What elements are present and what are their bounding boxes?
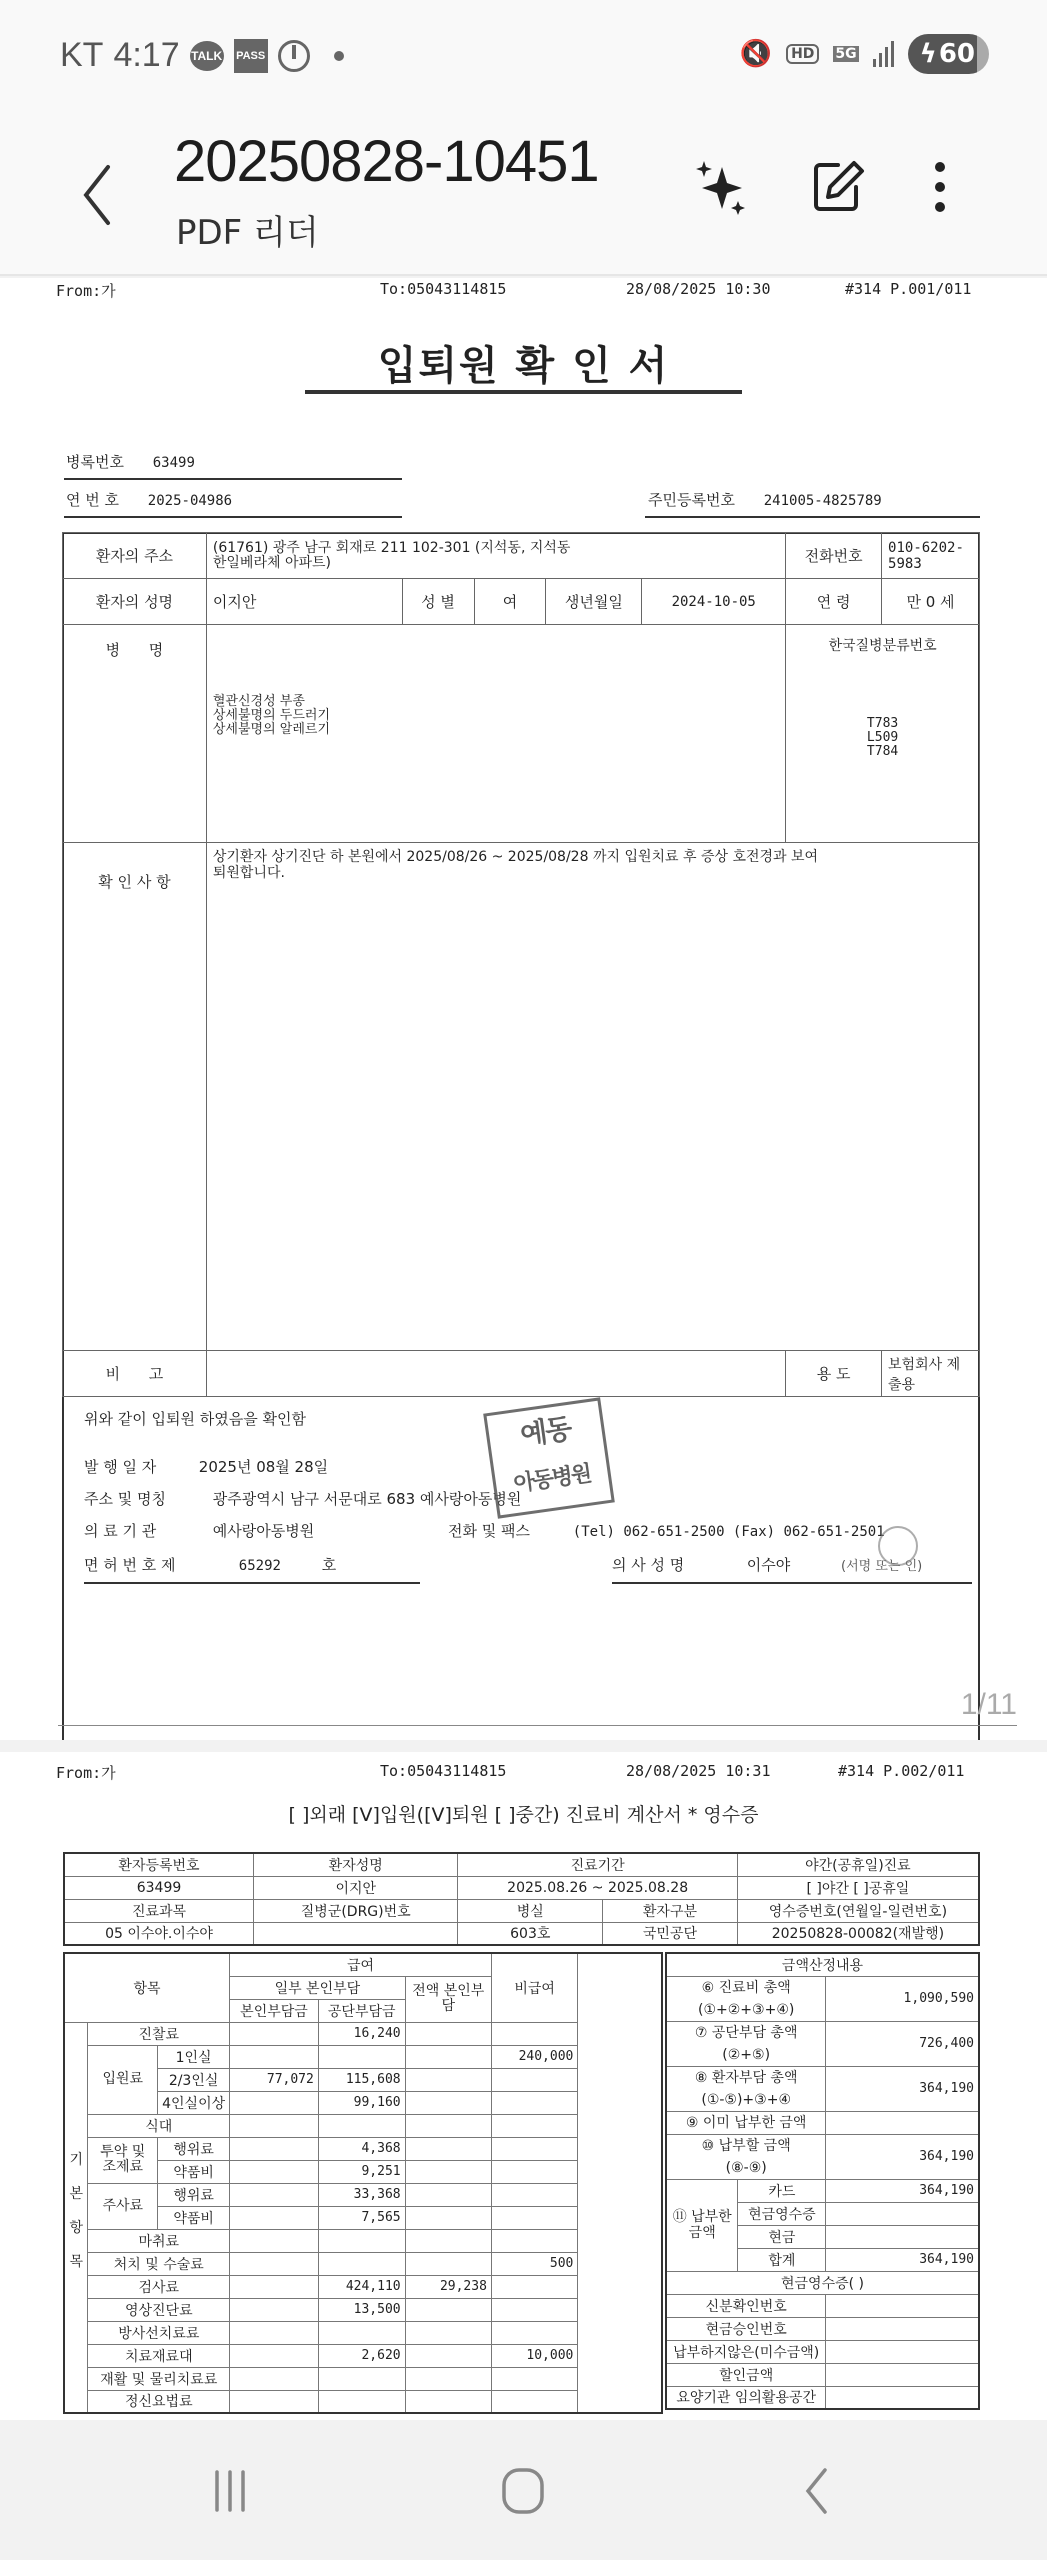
amount-insurer: 4,368 [318,2137,405,2160]
doctor-name: 이수야 [747,1556,790,1574]
amount-non: 500 [491,2252,577,2275]
record-number-field: 병록번호 63499 [66,451,195,472]
calc-row: ⑨ 이미 납부한 금액 [666,2111,979,2134]
pdf-page-1[interactable]: From:가 To:05043114815 28/08/2025 10:30 #… [0,278,1047,1740]
amount-insurer [318,2367,405,2390]
cash-receipt-label: 현금영수증( ) [666,2271,979,2294]
col-header-non-covered: 비급여 [491,1953,577,2022]
approval-number-value [826,2317,979,2340]
discount-label: 할인금액 [666,2363,826,2386]
item-name: 4인실이상 [158,2091,230,2114]
col-header-item: 항목 [64,1953,230,2022]
battery-icon: ϟ60 [908,34,989,74]
amount-full [405,2252,491,2275]
header-cell: 이지안 [254,1876,458,1899]
amount-non: 240,000 [491,2045,577,2068]
id-number-value [826,2294,979,2317]
item-name: 재활 및 물리치료료 [88,2367,230,2390]
calc-label-formula: (①-⑤)+③+④ [671,2089,821,2111]
table-row: 검사료424,11029,238 [64,2275,662,2298]
item-name: 처치 및 수술료 [88,2252,230,2275]
table-row: 입원료1인실240,000 [64,2045,662,2068]
amount-non [491,2068,577,2091]
phone-label: 전화번호 [786,533,882,579]
amount-patient [230,2160,319,2183]
item-group: 입원료 [88,2045,158,2114]
amount-non [491,2321,577,2344]
calc-label: ⑦ 공단부담 총액(②+⑤) [666,2021,826,2066]
header-cell: 603호 [458,1922,603,1945]
amount-full: 29,238 [405,2275,491,2298]
paid-method: 카드 [738,2179,826,2202]
item-name: 치료재료대 [88,2344,230,2367]
amount-full [405,2160,491,2183]
calc-value: 1,090,590 [826,1976,979,2021]
kakaotalk-icon: TALK [190,41,224,71]
ai-sparkle-icon [690,157,750,217]
amount-insurer: 33,368 [318,2183,405,2206]
fax-to: To:05043114815 [380,1762,506,1780]
table-row: 재활 및 물리치료료 [64,2367,662,2390]
calc-label-main: ⑥ 진료비 총액 [671,1977,821,1999]
remarks-value [206,1351,785,1397]
header-cell: 05 이수야.이수야 [64,1922,254,1945]
amount-full [405,2321,491,2344]
table-row: 식대 [64,2114,662,2137]
amount-insurer [318,2114,405,2137]
title-underline [305,390,742,394]
calc-label-formula: (①+②+③+④) [671,1999,821,2021]
ai-assist-button[interactable] [685,152,755,222]
back-icon [792,2466,842,2516]
calc-header: 금액산정내용 [666,1953,979,1976]
network-5g-icon: 5G [833,46,858,62]
header-cell: 환자성명 [254,1853,458,1876]
address-name-field: 주소 및 명칭 광주광역시 남구 서문대로 683 예사랑아동병원 [84,1488,521,1509]
item-name: 1인실 [158,2045,230,2068]
unpaid-label: 납부하지않은(미수금액) [666,2340,826,2363]
disease-list: 혈관신경성 부종 상세불명의 두드러기 상세불명의 알레르기 [206,625,785,843]
hospital-address-value: 광주광역시 남구 서문대로 683 예사랑아동병원 [213,1490,522,1508]
calc-label-formula: (⑧-⑨) [671,2157,821,2179]
divider [64,478,402,480]
battery-level: 60 [939,39,975,69]
age-value: 만 0 세 [882,579,980,625]
amount-patient [230,2367,319,2390]
edit-icon [808,157,868,217]
amount-patient [230,2275,319,2298]
header-cell: 2025.08.26 ~ 2025.08.28 [458,1876,737,1899]
header-cell [254,1922,458,1945]
paid-total: 364,190 [826,2248,979,2271]
amount-patient [230,2344,319,2367]
amount-calc-table: 금액산정내용 ⑥ 진료비 총액(①+②+③+④)1,090,590⑦ 공단부담 … [665,1952,980,2410]
item-name: 검사료 [88,2275,230,2298]
amount-full [405,2068,491,2091]
amount-full [405,2045,491,2068]
phone-value: 010-6202-5983 [882,533,980,579]
tel-fax-field: 전화 및 팩스 (Tel) 062-651-2500 (Fax) 062-651… [448,1520,885,1541]
status-bar: KT 4:17 TALK PASS 🔇 HD 5G ϟ60 [0,0,1047,110]
address-line-1: (61761) 광주 남구 회재로 211 102-301 (지석동, 지석동 [213,541,779,556]
edit-button[interactable] [803,152,873,222]
amount-patient [230,2091,319,2114]
header-cell: 환자구분 [603,1899,738,1922]
rrn-field: 주민등록번호 241005-4825789 [648,489,882,510]
header-cell: 진료과목 [64,1899,254,1922]
bill-title: [ ]외래 [V]입원([V]퇴원 [ ]중간) 진료비 계산서 * 영수증 [0,1800,1047,1827]
paid-value: 364,190 [826,2179,979,2202]
calc-value: 726,400 [826,2021,979,2066]
calc-row: ⑩ 납부할 금액(⑧-⑨)364,190 [666,2134,979,2179]
fax-from: From:가 [56,1762,116,1783]
amount-non [491,2160,577,2183]
institution-label: 의 료 기 관 [84,1520,208,1541]
amount-insurer: 99,160 [318,2091,405,2114]
serial-number-field: 연 번 호 2025-04986 [66,489,232,510]
fax-datetime: 28/08/2025 10:30 [626,280,771,298]
record-number-label: 병록번호 [66,451,124,472]
page-indicator: 1/11 [961,1688,1017,1722]
home-icon [498,2466,548,2516]
amount-full [405,2206,491,2229]
amount-full [405,2183,491,2206]
calc-value: 364,190 [826,2066,979,2111]
signal-strength-icon [873,41,894,67]
header-cell: 야간(공휴일)진료 [737,1853,979,1876]
divider [612,1582,972,1584]
mercedes-icon [278,40,310,72]
kcd-code: T783 [792,717,973,731]
kcd-label: 한국질병분류번호 [792,635,973,655]
amount-insurer [318,2252,405,2275]
amount-full [405,2137,491,2160]
item-name: 식대 [88,2114,230,2137]
calc-label: ⑥ 진료비 총액(①+②+③+④) [666,1976,826,2021]
disease-name: 혈관신경성 부종 [213,695,779,709]
home-button[interactable] [473,2456,573,2526]
amount-insurer: 7,565 [318,2206,405,2229]
amount-full [405,2091,491,2114]
divider [64,516,402,518]
license-label: 면 허 번 호 제 [84,1554,234,1575]
address-line-2: 한일베라체 아파트) [213,556,779,571]
col-header-patient-share: 본인부담금 [230,1999,319,2022]
institution-value: 예사랑아동병원 [213,1522,314,1540]
kcd-code: L509 [792,731,973,745]
amount-patient [230,2114,319,2137]
dob-value: 2024-10-05 [642,579,786,625]
amount-full [405,2114,491,2137]
header-cell: [ ]야간 [ ]공휴일 [737,1876,979,1899]
header-cell: 진료기간 [458,1853,737,1876]
remarks-label: 비 고 [63,1351,207,1397]
serial-number-label: 연 번 호 [66,489,119,510]
paid-method: 현금영수증 [738,2202,826,2225]
col-header-insurer-share: 공단부담금 [318,1999,405,2022]
calc-row: ⑧ 환자부담 총액(①-⑤)+③+④364,190 [666,2066,979,2111]
issue-date-value: 2025년 08월 28일 [199,1458,328,1476]
age-label: 연 령 [786,579,882,625]
table-row: 치료재료대2,62010,000 [64,2344,662,2367]
item-name: 마취료 [88,2229,230,2252]
calc-label: ⑨ 이미 납부한 금액 [666,2111,826,2134]
amount-non [491,2114,577,2137]
item-name: 행위료 [158,2183,230,2206]
hospital-seal-stamp: 예동 아동병원 [483,1397,615,1518]
tel-fax-value: (Tel) 062-651-2500 (Fax) 062-651-2501 [573,1524,885,1540]
amount-insurer [318,2045,405,2068]
doctor-label: 의 사 성 명 [612,1554,742,1575]
amount-patient [230,2045,319,2068]
amount-patient [230,2229,319,2252]
item-name: 진찰료 [88,2022,230,2045]
doctor-seal-stamp [878,1526,918,1566]
item-name: 약품비 [158,2206,230,2229]
bill-items-table: 항목 급여 비급여 일부 본인부담 전액 본인부담 본인부담금 공단부담금 기본… [63,1952,663,2414]
item-name: 방사선치료료 [88,2321,230,2344]
table-row: 영상진단료13,500 [64,2298,662,2321]
app-name: PDF 리더 [176,205,319,254]
header-cell: 질병군(DRG)번호 [254,1899,458,1922]
amount-non [491,2229,577,2252]
rrn-label: 주민등록번호 [648,489,735,510]
fax-to: To:05043114815 [380,280,506,298]
item-name: 행위료 [158,2137,230,2160]
confirm-text: 상기환자 상기진단 하 본원에서 2025/08/26 ~ 2025/08/28… [206,843,979,1351]
amount-non [491,2206,577,2229]
amount-non [491,2137,577,2160]
calc-label-main: ⑨ 이미 납부한 금액 [671,2112,821,2134]
amount-full [405,2344,491,2367]
paid-amount-label: ⑪ 납부한 금액 [666,2179,738,2271]
calc-row: ⑦ 공단부담 총액(②+⑤)726,400 [666,2021,979,2066]
confirm-label: 확 인 사 항 [63,843,207,1351]
amount-patient [230,2183,319,2206]
side-label: 기본항목 [64,2022,88,2413]
carrier-label: KT [60,36,103,75]
calc-label-main: ⑩ 납부할 금액 [671,2135,821,2157]
fax-page: #314 P.002/011 [838,1762,964,1780]
amount-patient [230,2022,319,2045]
kcd-code: T784 [792,745,973,759]
more-options-button[interactable] [905,152,975,222]
amount-patient [230,2206,319,2229]
calc-label-main: ⑧ 환자부담 총액 [671,2067,821,2089]
amount-insurer [318,2390,405,2413]
calc-row: ⑥ 진료비 총액(①+②+③+④)1,090,590 [666,1976,979,2021]
license-suffix: 호 [322,1556,337,1574]
recent-apps-button[interactable] [180,2456,280,2526]
header-cell: 병실 [458,1899,603,1922]
table-row: 방사선치료료 [64,2321,662,2344]
fax-header: From:가 To:05043114815 28/08/2025 10:31 #… [0,1760,1047,1780]
pass-icon: PASS [234,39,268,73]
amount-full [405,2229,491,2252]
discount-value [826,2363,979,2386]
amount-patient [230,2298,319,2321]
item-group: 투약 및 조제료 [88,2137,158,2183]
pdf-page-2[interactable]: From:가 To:05043114815 28/08/2025 10:31 #… [0,1752,1047,2420]
mute-vibrate-icon: 🔇 [740,39,772,69]
item-name: 정신요법료 [88,2390,230,2413]
back-button[interactable] [72,155,122,235]
charging-bolt-icon: ϟ [920,39,937,69]
license-field: 면 허 번 호 제 65292 호 [84,1554,336,1575]
amount-patient [230,2137,319,2160]
chevron-left-icon [72,155,122,235]
item-name: 영상진단료 [88,2298,230,2321]
amount-insurer [318,2229,405,2252]
system-back-button[interactable] [767,2456,867,2526]
amount-patient [230,2390,319,2413]
address-value: (61761) 광주 남구 회재로 211 102-301 (지석동, 지석동 … [206,533,785,579]
table-row: 주사료행위료33,368 [64,2183,662,2206]
header-cell: 영수증번호(연월일-일련번호) [737,1899,979,1922]
issue-date-label: 발 행 일 자 [84,1456,194,1477]
issue-date-field: 발 행 일 자 2025년 08월 28일 [84,1456,328,1477]
table-row: 처치 및 수술료500 [64,2252,662,2275]
institution-field: 의 료 기 관 예사랑아동병원 [84,1520,314,1541]
purpose-value: 보험회사 제출용 [882,1351,980,1397]
paid-method: 합계 [738,2248,826,2271]
kcd-column: 한국질병분류번호 T783 L509 T784 [786,625,980,843]
address-label: 환자의 주소 [63,533,207,579]
divider [84,1582,420,1584]
sex-label: 성 별 [402,579,474,625]
header-cell: 63499 [64,1876,254,1899]
calc-label-formula: (②+⑤) [671,2044,821,2066]
recent-apps-icon [205,2466,255,2516]
amount-insurer [318,2321,405,2344]
purpose-label: 용 도 [786,1351,882,1397]
fax-header: From:가 To:05043114815 28/08/2025 10:30 #… [0,278,1047,298]
bill-header-table: 환자등록번호 환자성명 진료기간 야간(공휴일)진료 63499 이지안 202… [63,1852,980,1946]
col-header-partial: 일부 본인부담 [230,1976,405,1999]
table-row: 투약 및 조제료행위료4,368 [64,2137,662,2160]
clock: 4:17 [113,36,179,75]
col-header-covered: 급여 [230,1953,492,1976]
amount-non [491,2275,577,2298]
confirm-text-line-1: 상기환자 상기진단 하 본원에서 2025/08/26 ~ 2025/08/28… [213,849,973,865]
doc-title: 입퇴원 확 인 서 [0,334,1047,391]
address-name-label: 주소 및 명칭 [84,1488,208,1509]
calc-label: ⑩ 납부할 금액(⑧-⑨) [666,2134,826,2179]
paid-value [826,2225,979,2248]
header-cell: 20250828-00082(재발행) [737,1922,979,1945]
unpaid-value [826,2340,979,2363]
paid-value [826,2202,979,2225]
navigation-bar [0,2420,1047,2560]
amount-non [491,2022,577,2045]
table-row: 기본항목진찰료16,240 [64,2022,662,2045]
calc-value [826,2111,979,2134]
col-header-full-self: 전액 본인부담 [405,1976,491,2022]
fax-datetime: 28/08/2025 10:31 [626,1762,771,1780]
doctor-field: 의 사 성 명 이수야 (서명 또는 인) [612,1554,922,1575]
calc-value: 364,190 [826,2134,979,2179]
disease-label: 병 명 [63,625,207,843]
amount-non: 10,000 [491,2344,577,2367]
free-space-label: 요양기관 임의활용공간 [666,2386,826,2409]
amount-insurer: 2,620 [318,2344,405,2367]
amount-non [491,2367,577,2390]
header-cell: 환자등록번호 [64,1853,254,1876]
divider [645,516,980,518]
divider [58,1725,1017,1726]
amount-insurer: 16,240 [318,2022,405,2045]
table-row: 정신요법료 [64,2390,662,2413]
disease-name: 상세불명의 알레르기 [213,723,779,737]
confirm-text-line-2: 퇴원합니다. [213,865,973,881]
statement: 위와 같이 입퇴원 하였음을 확인함 [84,1408,306,1429]
more-options-icon [930,157,950,217]
amount-non [491,2298,577,2321]
amount-insurer: 424,110 [318,2275,405,2298]
amount-non [491,2390,577,2413]
item-group: 주사료 [88,2183,158,2229]
fax-page: #314 P.001/011 [845,280,971,298]
amount-patient [230,2252,319,2275]
paid-method: 현금 [738,2225,826,2248]
calc-label: ⑧ 환자부담 총액(①-⑤)+③+④ [666,2066,826,2111]
name-value: 이지안 [206,579,402,625]
header-cell: 국민공단 [603,1922,738,1945]
rrn-value: 241005-4825789 [764,493,882,509]
dob-label: 생년월일 [546,579,642,625]
name-label: 환자의 성명 [63,579,207,625]
app-bar: 20250828-10451 PDF 리더 [0,110,1047,276]
table-row: 마취료 [64,2229,662,2252]
fax-from: From:가 [56,280,116,301]
id-number-label: 신분확인번호 [666,2294,826,2317]
item-name: 2/3인실 [158,2068,230,2091]
disease-name: 상세불명의 두드러기 [213,709,779,723]
license-number: 65292 [239,1558,281,1574]
amount-insurer: 9,251 [318,2160,405,2183]
amount-patient [230,2321,319,2344]
amount-full [405,2367,491,2390]
sex-value: 여 [474,579,546,625]
approval-number-label: 현금승인번호 [666,2317,826,2340]
amount-insurer: 115,608 [318,2068,405,2091]
amount-full [405,2022,491,2045]
amount-insurer: 13,500 [318,2298,405,2321]
hd-voice-icon: HD [786,44,819,64]
document-title: 20250828-10451 [174,128,599,195]
more-notifications-dot-icon [334,51,344,61]
serial-number-value: 2025-04986 [148,493,232,509]
calc-label-main: ⑦ 공단부담 총액 [671,2022,821,2044]
item-name: 약품비 [158,2160,230,2183]
amount-non [491,2183,577,2206]
record-number-value: 63499 [153,455,195,471]
tel-fax-label: 전화 및 팩스 [448,1520,568,1541]
amount-full [405,2390,491,2413]
amount-patient: 77,072 [230,2068,319,2091]
amount-non [491,2091,577,2114]
patient-info-table: 환자의 주소 (61761) 광주 남구 회재로 211 102-301 (지석… [62,532,980,1397]
amount-full [405,2298,491,2321]
